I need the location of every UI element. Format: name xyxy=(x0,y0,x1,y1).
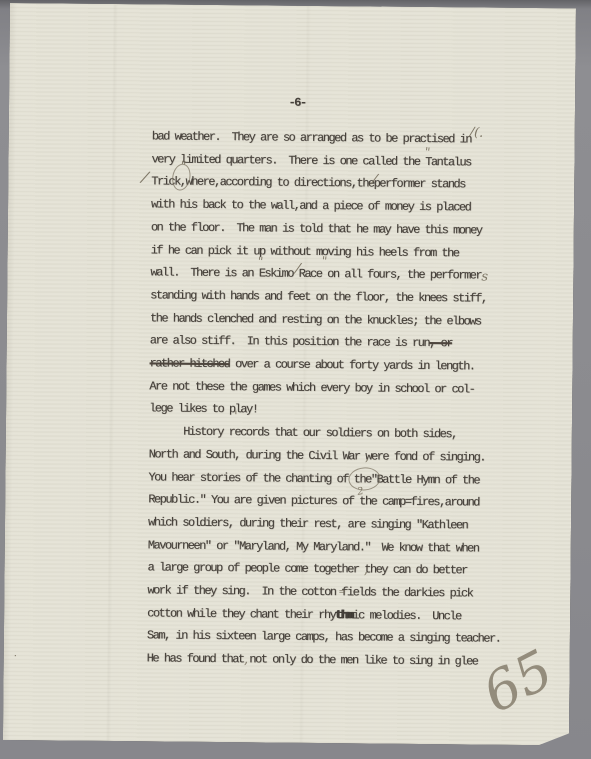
typed-text: the hands clenched and resting on the kn… xyxy=(150,311,481,328)
typed-text: lege likes to play! xyxy=(149,402,257,417)
typed-line: He has found that not only do the men li… xyxy=(147,651,478,668)
typed-text: Mavourneen" or "Maryland, My Maryland." … xyxy=(148,538,479,555)
typed-line: Sam, in his sixteen large camps, has bec… xyxy=(147,629,501,646)
pencil-caret-after-in: ∕(. xyxy=(469,126,484,140)
typed-text: You hear stories of the chanting of the"… xyxy=(148,470,479,487)
typed-text: work if they sing. In the cotton fields … xyxy=(147,583,472,600)
typed-line: lege likes to play! xyxy=(149,402,257,417)
typed-text: bad weather. They are so arranged as to … xyxy=(152,129,471,146)
pencil-apostrophe-history: ' xyxy=(234,410,238,423)
typed-line: Are not these the games which every boy … xyxy=(149,379,474,396)
typed-text: on the floor. The man is told that he ma… xyxy=(151,220,482,237)
page-number: -6- xyxy=(267,95,327,110)
typed-text: Republic." You are given pictures of the… xyxy=(148,493,479,510)
typed-text: are also stiff. In this position the rac… xyxy=(150,334,429,351)
typed-line: if he can pick it up without moving his … xyxy=(151,243,459,260)
struck-out-text: , or xyxy=(429,336,452,350)
typed-text: with his back to the wall,and a piece of… xyxy=(151,197,470,214)
typed-line: bad weather. They are so arranged as to … xyxy=(152,129,471,146)
typed-text: cotton while they chant their rhy xyxy=(147,606,335,622)
struck-out-text: rather hitched xyxy=(149,356,229,371)
typed-line: very limited quarters. There is one call… xyxy=(151,152,470,169)
typed-text: Trick,where,according to directions,thep… xyxy=(151,175,465,192)
typed-text: wall. There is an Eskimo Race on all fou… xyxy=(150,266,481,283)
typed-text: if he can pick it up without moving his … xyxy=(151,243,459,260)
pencil-hyphen-cotton: = xyxy=(338,588,346,597)
typed-text: North and South, during the Civil War we… xyxy=(149,447,485,464)
typed-line: are also stiff. In this position the rac… xyxy=(150,334,452,351)
typed-line: wall. There is an Eskimo Race on all fou… xyxy=(150,266,481,283)
pencil-annotations: ∕(."∕"∕""∕s',2,=,.65 xyxy=(10,3,576,8)
typed-text: Are not these the games which every boy … xyxy=(149,379,474,396)
typed-text: which soldiers, during their rest, are s… xyxy=(148,515,467,532)
document-page: -6- bad weather. They are so arranged as… xyxy=(3,3,576,745)
typed-line: You hear stories of the chanting of the"… xyxy=(148,470,479,487)
scan-background: { "page_number": "-6-", "colors": { "bac… xyxy=(0,0,591,759)
typed-line: on the floor. The man is told that he ma… xyxy=(151,220,482,237)
typed-line: cotton while they chant their rhythmic m… xyxy=(147,606,461,623)
typed-line: work if they sing. In the cotton fields … xyxy=(147,583,472,600)
typed-text: He has found that not only do the men li… xyxy=(147,651,478,668)
typed-line: standing with hands and feet on the floo… xyxy=(150,288,486,305)
typed-line: Mavourneen" or "Maryland, My Maryland." … xyxy=(148,538,479,555)
typed-line: History records that our soldiers on bot… xyxy=(149,424,457,441)
typed-text: over a course about forty yards in lengt… xyxy=(229,357,474,373)
typed-line: the hands clenched and resting on the kn… xyxy=(150,311,481,328)
typed-text: standing with hands and feet on the floo… xyxy=(150,288,486,305)
typed-line: which soldiers, during their rest, are s… xyxy=(148,515,467,532)
typed-line: rather hitched over a course about forty… xyxy=(149,356,474,373)
typed-line: Trick,where,according to directions,thep… xyxy=(151,175,465,192)
pencil-circle-the xyxy=(348,466,382,491)
typed-line: North and South, during the Civil War we… xyxy=(149,447,485,464)
pencil-slash-trick-t: ∕ xyxy=(140,169,149,186)
typed-text-block: bad weather. They are so arranged as to … xyxy=(10,3,576,8)
typed-text: very limited quarters. There is one call… xyxy=(151,152,470,169)
typed-line: a large group of people come together th… xyxy=(148,561,467,578)
handwritten-page-65: 65 xyxy=(476,643,561,720)
pencil-s-performers: s xyxy=(481,271,488,284)
pencil-quote-race: " xyxy=(321,255,328,268)
typed-line: Republic." You are given pictures of the… xyxy=(148,493,479,510)
typed-text: History records that our soldiers on bot… xyxy=(149,424,457,441)
overtyped-text: thm xyxy=(335,608,352,622)
typed-text: Sam, in his sixteen large camps, has bec… xyxy=(147,629,501,646)
typed-line: with his back to the wall,and a piece of… xyxy=(151,197,470,214)
typed-text: ic melodies. Uncle xyxy=(352,608,460,623)
pencil-dot-margin: . xyxy=(14,649,17,659)
typed-text: a large group of people come together th… xyxy=(148,561,467,578)
